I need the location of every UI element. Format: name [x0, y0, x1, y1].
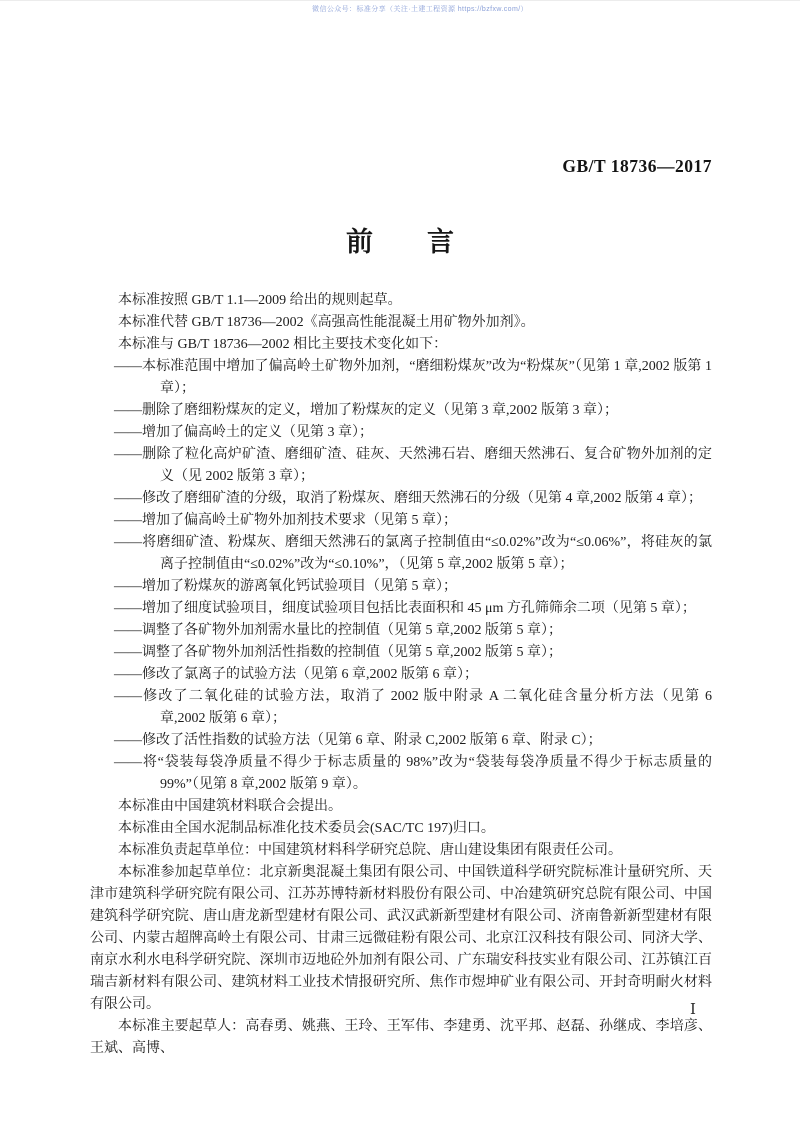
- closing-paragraph: 本标准由全国水泥制品标准化技术委员会(SAC/TC 197)归口。: [90, 818, 712, 840]
- change-item: ——修改了二氧化硅的试验方法，取消了 2002 版中附录 A 二氧化硅含量分析方…: [90, 686, 712, 730]
- change-item: ——删除了磨细粉煤灰的定义，增加了粉煤灰的定义（见第 3 章,2002 版第 3…: [90, 400, 712, 422]
- change-item: ——调整了各矿物外加剂活性指数的控制值（见第 5 章,2002 版第 5 章）；: [90, 642, 712, 664]
- closing-paragraph: 本标准负责起草单位：中国建筑材料科学研究总院、唐山建设集团有限责任公司。: [90, 840, 712, 862]
- intro-paragraph: 本标准与 GB/T 18736—2002 相比主要技术变化如下：: [90, 334, 712, 356]
- page-title: 前 言: [0, 220, 800, 259]
- watermark-text: 微信公众号：标准分享（关注·土建工程资源 https://bzfxw.com/）: [40, 4, 800, 14]
- change-item: ——删除了粒化高炉矿渣、磨细矿渣、硅灰、天然沸石岩、磨细天然沸石、复合矿物外加剂…: [90, 444, 712, 488]
- change-item: ——本标准范围中增加了偏高岭土矿物外加剂，“磨细粉煤灰”改为“粉煤灰”（见第 1…: [90, 356, 712, 400]
- change-item: ——将磨细矿渣、粉煤灰、磨细天然沸石的氯离子控制值由“≤0.02%”改为“≤0.…: [90, 532, 712, 576]
- change-item: ——修改了氯离子的试验方法（见第 6 章,2002 版第 6 章）；: [90, 664, 712, 686]
- intro-paragraph: 本标准按照 GB/T 1.1—2009 给出的规则起草。: [90, 290, 712, 312]
- change-item: ——修改了活性指数的试验方法（见第 6 章、附录 C,2002 版第 6 章、附…: [90, 730, 712, 752]
- change-item: ——增加了偏高岭土的定义（见第 3 章）；: [90, 422, 712, 444]
- change-item: ——调整了各矿物外加剂需水量比的控制值（见第 5 章,2002 版第 5 章）；: [90, 620, 712, 642]
- change-item: ——修改了磨细矿渣的分级，取消了粉煤灰、磨细天然沸石的分级（见第 4 章,200…: [90, 488, 712, 510]
- change-item: ——将“袋装每袋净质量不得少于标志质量的 98%”改为“袋装每袋净质量不得少于标…: [90, 752, 712, 796]
- document-body: 本标准按照 GB/T 1.1—2009 给出的规则起草。 本标准代替 GB/T …: [90, 290, 712, 1060]
- document-page: 微信公众号：标准分享（关注·土建工程资源 https://bzfxw.com/）…: [0, 0, 800, 1132]
- standard-number: GB/T 18736—2017: [562, 156, 712, 177]
- change-item: ——增加了粉煤灰的游离氧化钙试验项目（见第 5 章）；: [90, 576, 712, 598]
- closing-paragraph: 本标准由中国建筑材料联合会提出。: [90, 796, 712, 818]
- closing-paragraph: 本标准主要起草人：高春勇、姚燕、王玲、王军伟、李建勇、沈平邦、赵磊、孙继成、李培…: [90, 1016, 712, 1060]
- closing-paragraph: 本标准参加起草单位：北京新奥混凝土集团有限公司、中国铁道科学研究院标准计量研究所…: [90, 862, 712, 1016]
- intro-paragraph: 本标准代替 GB/T 18736—2002《高强高性能混凝土用矿物外加剂》。: [90, 312, 712, 334]
- page-number: Ⅰ: [690, 1000, 696, 1019]
- change-item: ——增加了偏高岭土矿物外加剂技术要求（见第 5 章）；: [90, 510, 712, 532]
- change-item: ——增加了细度试验项目，细度试验项目包括比表面积和 45 μm 方孔筛筛余二项（…: [90, 598, 712, 620]
